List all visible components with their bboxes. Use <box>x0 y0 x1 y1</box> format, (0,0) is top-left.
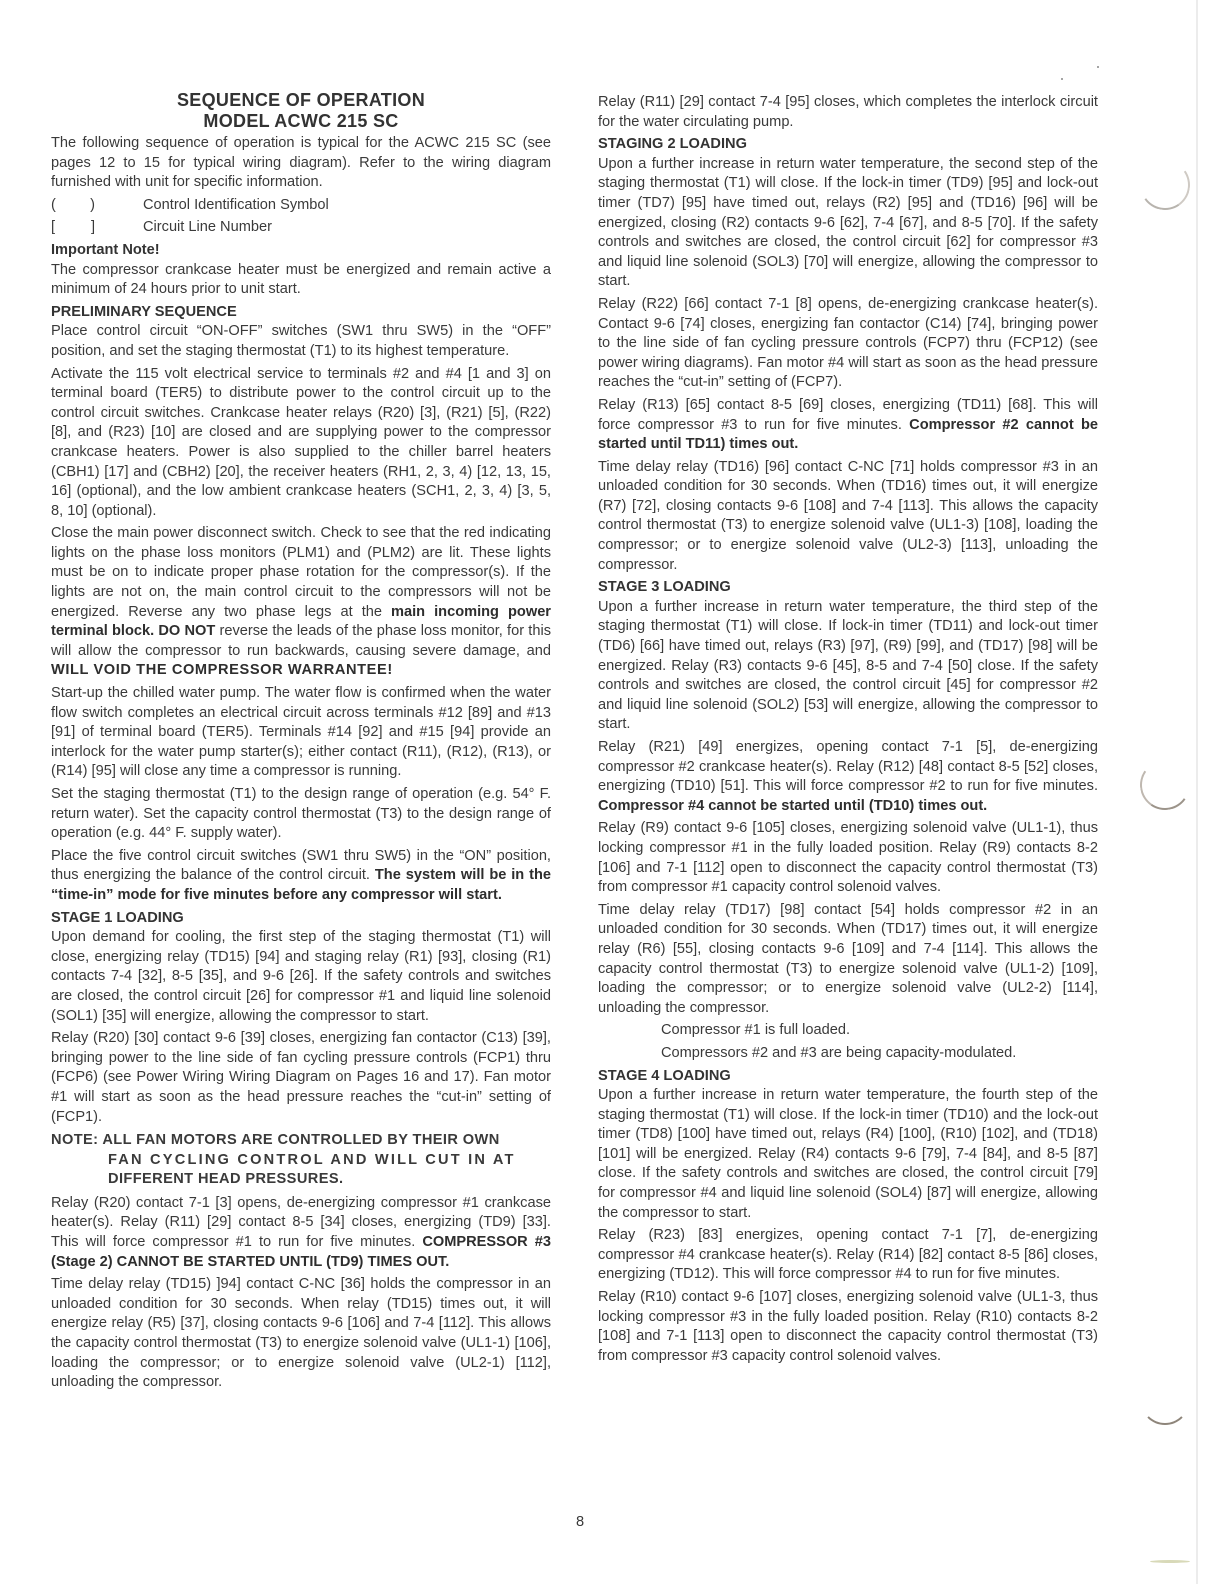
status-line: Compressors #2 and #3 are being capacity… <box>598 1044 1098 1064</box>
paragraph: Time delay relay (TD17) [98] contact [54… <box>598 901 1098 1019</box>
paragraph: Relay (R10) contact 9-6 [107] closes, en… <box>598 1288 1098 1366</box>
binder-hole-bottom <box>1140 1375 1190 1425</box>
stage3-heading: STAGE 3 LOADING <box>598 578 1098 598</box>
left-column: SEQUENCE OF OPERATION MODEL ACWC 215 SC … <box>51 90 551 1396</box>
scan-speck <box>1097 66 1099 68</box>
paragraph: Relay (R21) [49] energizes, opening cont… <box>598 738 1098 816</box>
legend-symbol: [ ] <box>51 218 143 238</box>
binder-hole-top <box>1136 156 1194 214</box>
legend-label: Circuit Line Number <box>143 218 272 238</box>
paragraph: Relay (R11) [29] contact 7-4 [95] closes… <box>598 93 1098 132</box>
stage1-heading: STAGE 1 LOADING <box>51 909 551 929</box>
paragraph: Upon a further increase in return water … <box>598 155 1098 292</box>
legend-row-control-symbol: ( ) Control Identification Symbol <box>51 196 551 216</box>
preliminary-heading: PRELIMINARY SEQUENCE <box>51 303 551 323</box>
paragraph: Time delay relay (TD15) ]94] contact C-N… <box>51 1275 551 1393</box>
stage4-heading: STAGE 4 LOADING <box>598 1067 1098 1087</box>
page-title: SEQUENCE OF OPERATION MODEL ACWC 215 SC <box>51 90 551 132</box>
title-line-1: SEQUENCE OF OPERATION <box>51 90 551 111</box>
stage2-heading: STAGING 2 LOADING <box>598 135 1098 155</box>
paragraph: Start-up the chilled water pump. The wat… <box>51 684 551 782</box>
paragraph: Relay (R22) [66] contact 7-1 [8] opens, … <box>598 295 1098 393</box>
paragraph: Relay (R20) contact 7-1 [3] opens, de-en… <box>51 1194 551 1272</box>
legend-symbol: ( ) <box>51 196 143 216</box>
title-line-2: MODEL ACWC 215 SC <box>51 111 551 132</box>
paragraph: Relay (R13) [65] contact 8-5 [69] closes… <box>598 396 1098 455</box>
binder-hole-middle <box>1136 756 1194 814</box>
paragraph: Set the staging thermostat (T1) to the d… <box>51 785 551 844</box>
paragraph: Relay (R9) contact 9-6 [105] closes, ene… <box>598 819 1098 897</box>
fan-motor-note: NOTE: ALL FAN MOTORS ARE CONTROLLED BY T… <box>51 1131 551 1190</box>
scan-smudge <box>1150 1560 1190 1563</box>
paragraph: Time delay relay (TD16) [96] contact C-N… <box>598 458 1098 576</box>
paragraph: Upon a further increase in return water … <box>598 598 1098 735</box>
page-edge-shadow <box>1196 0 1198 1584</box>
paragraph: Place control circuit “ON-OFF” switches … <box>51 322 551 361</box>
paragraph: Place the five control circuit switches … <box>51 847 551 906</box>
status-line: Compressor #1 is full loaded. <box>598 1021 1098 1041</box>
important-note-text: The compressor crankcase heater must be … <box>51 261 551 300</box>
paragraph: Close the main power disconnect switch. … <box>51 524 551 681</box>
right-column: Relay (R11) [29] contact 7-4 [95] closes… <box>598 93 1098 1369</box>
paragraph: Relay (R20) [30] contact 9-6 [39] closes… <box>51 1029 551 1127</box>
paragraph: Upon a further increase in return water … <box>598 1086 1098 1223</box>
paragraph: Relay (R23) [83] energizes, opening cont… <box>598 1226 1098 1285</box>
intro-paragraph: The following sequence of operation is t… <box>51 134 551 193</box>
important-note-heading: Important Note! <box>51 241 551 261</box>
warranty-warning: WILL VOID THE COMPRESSOR WARRANTEE! <box>51 662 393 678</box>
page-number: 8 <box>576 1514 584 1530</box>
legend-row-circuit-line: [ ] Circuit Line Number <box>51 218 551 238</box>
paragraph: Activate the 115 volt electrical service… <box>51 365 551 522</box>
scan-speck <box>1061 78 1063 80</box>
legend-label: Control Identification Symbol <box>143 196 329 216</box>
bold-text: Compressor #4 cannot be started until (T… <box>598 798 987 814</box>
paragraph: Upon demand for cooling, the first step … <box>51 928 551 1026</box>
